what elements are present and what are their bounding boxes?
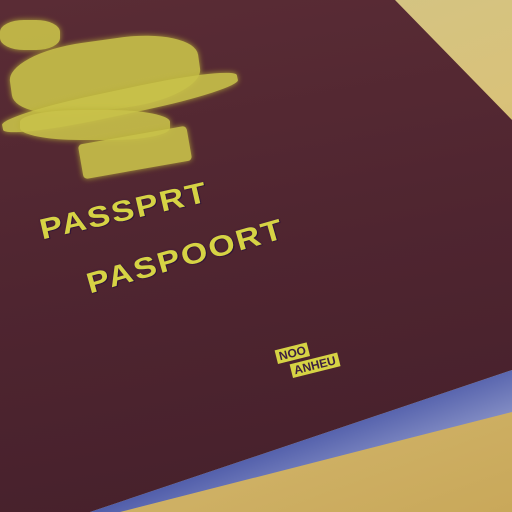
coat-of-arms-icon [0,0,250,180]
photo-scene: PASSPRT PASPOORT NOO ANHEU [0,0,512,512]
